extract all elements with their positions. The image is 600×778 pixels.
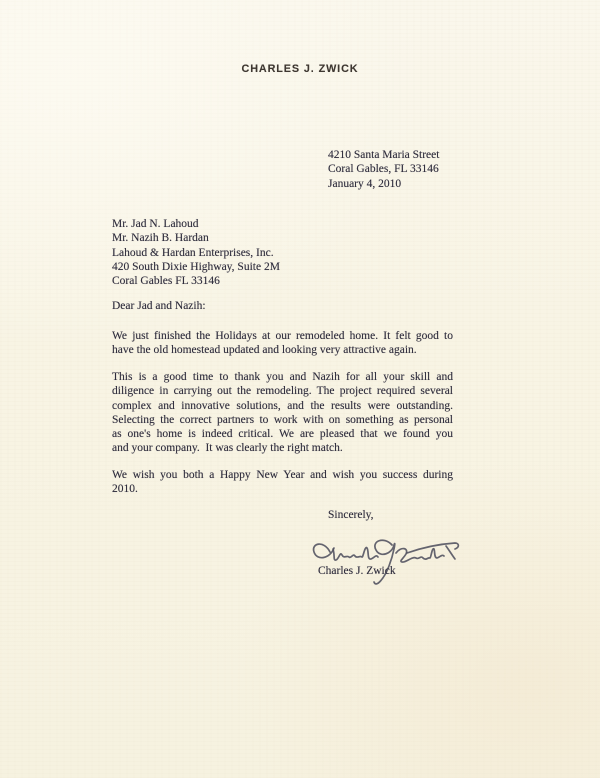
body-paragraph: We wish you both a Happy New Year and wi…: [112, 468, 453, 497]
typed-signature-name: Charles J. Zwick: [318, 564, 396, 578]
recipient-line: Mr. Jad N. Lahoud: [112, 217, 280, 231]
sender-address-block: 4210 Santa Maria Street Coral Gables, FL…: [328, 148, 439, 191]
body-line: as one's home is indeed critical. We are…: [112, 427, 453, 441]
valediction: Sincerely,: [328, 508, 374, 522]
letterhead-name: CHARLES J. ZWICK: [0, 63, 600, 75]
body-paragraph: We just finished the Holidays at our rem…: [112, 329, 453, 358]
letter-paper: CHARLES J. ZWICK 4210 Santa Maria Street…: [0, 0, 600, 778]
sender-address-line: Coral Gables, FL 33146: [328, 162, 439, 176]
body-line: This is a good time to thank you and Naz…: [112, 370, 453, 384]
recipient-line: Lahoud & Hardan Enterprises, Inc.: [112, 246, 280, 260]
body-line: We wish you both a Happy New Year and wi…: [112, 468, 453, 482]
sender-address-line: 4210 Santa Maria Street: [328, 148, 439, 162]
body-line: Selecting the correct partners to work w…: [112, 413, 453, 427]
letter-date: January 4, 2010: [328, 177, 439, 191]
body-line: diligence in carrying out the remodeling…: [112, 384, 453, 398]
body-line: have the old homestead updated and looki…: [112, 343, 453, 357]
body-line: 2010.: [112, 482, 453, 496]
body-line: and your company. It was clearly the rig…: [112, 441, 453, 455]
body-line: We just finished the Holidays at our rem…: [112, 329, 453, 343]
recipient-address-block: Mr. Jad N. Lahoud Mr. Nazih B. Hardan La…: [112, 217, 280, 288]
body-paragraph: This is a good time to thank you and Naz…: [112, 370, 453, 456]
body-line: complex and innovative solutions, and th…: [112, 399, 453, 413]
recipient-line: Mr. Nazih B. Hardan: [112, 231, 280, 245]
salutation: Dear Jad and Nazih:: [112, 299, 206, 313]
recipient-line: 420 South Dixie Highway, Suite 2M: [112, 260, 280, 274]
recipient-line: Coral Gables FL 33146: [112, 274, 280, 288]
